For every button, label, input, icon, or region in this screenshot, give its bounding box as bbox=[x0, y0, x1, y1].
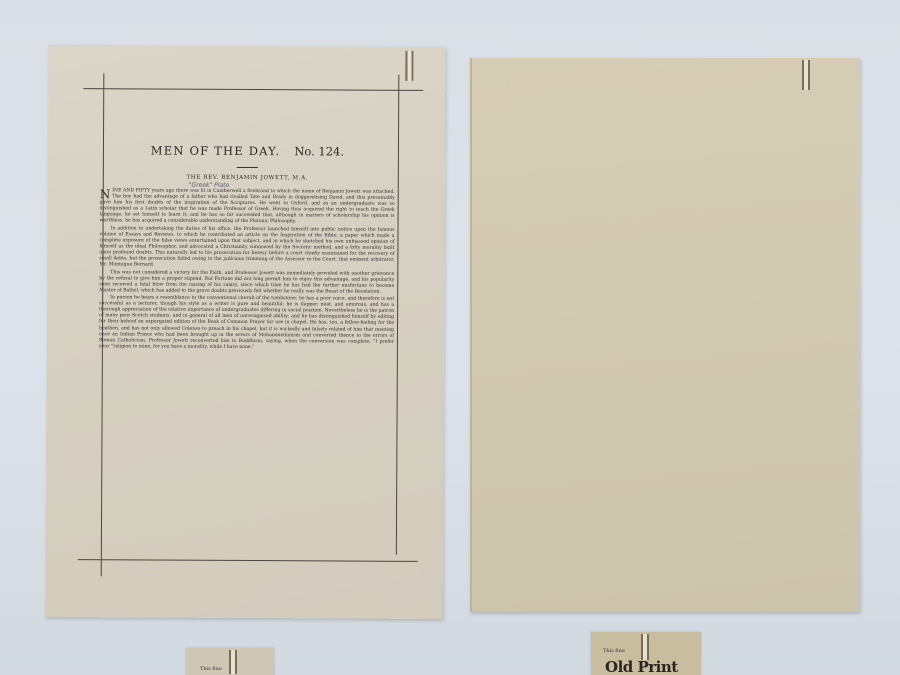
card-caption: This fine bbox=[200, 666, 222, 672]
article: MEN OF THE DAY.No. 124. THE REV. BENJAMI… bbox=[99, 143, 395, 353]
staple-mark bbox=[802, 60, 810, 90]
bottom-border-rule bbox=[78, 559, 418, 562]
series-name: MEN OF THE DAY. bbox=[151, 144, 281, 159]
staple-mark bbox=[641, 634, 649, 660]
paragraph: NINE AND FIFTY years ago there was lit i… bbox=[100, 188, 395, 226]
top-border-rule bbox=[83, 88, 423, 91]
series-title: MEN OF THE DAY.No. 124. bbox=[100, 143, 395, 159]
title-divider bbox=[237, 167, 258, 168]
right-card: This fine Old Print bbox=[591, 632, 701, 675]
card-title: Old Print bbox=[605, 658, 678, 675]
left-card: This fine bbox=[186, 648, 274, 675]
card-caption: This fine bbox=[603, 648, 625, 654]
paragraph: In addition to undertaking the duties of… bbox=[99, 226, 394, 270]
paragraph-text: INE AND FIFTY years ago there was lit in… bbox=[100, 188, 395, 224]
drop-cap: N bbox=[100, 189, 111, 199]
staple-mark bbox=[229, 650, 237, 674]
right-border-rule bbox=[396, 75, 400, 555]
issue-number: No. 124. bbox=[294, 144, 344, 158]
right-blank-sheet bbox=[470, 58, 860, 612]
left-print-sheet: MEN OF THE DAY.No. 124. THE REV. BENJAMI… bbox=[46, 45, 446, 619]
subject-name: THE REV. BENJAMIN JOWETT, M.A. bbox=[100, 174, 395, 182]
paragraph: This was not considered a victory for th… bbox=[99, 270, 394, 296]
staple-mark bbox=[405, 51, 413, 81]
paragraph: In person he bears a resemblance to the … bbox=[99, 296, 394, 352]
